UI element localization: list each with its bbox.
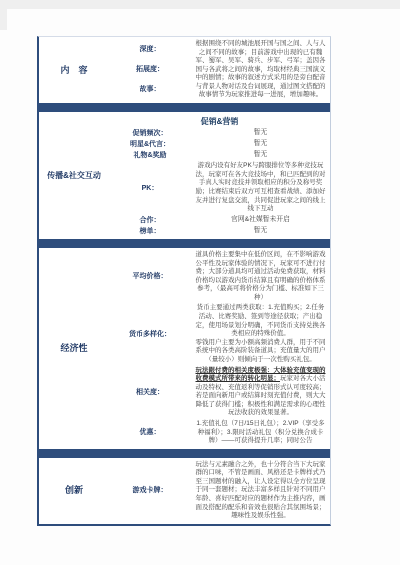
section-divider-band bbox=[39, 449, 330, 458]
category-innovation: 创新 bbox=[39, 458, 109, 524]
label-extension: 拓展度： bbox=[109, 65, 191, 74]
section-content: 内 容 深度： 拓展度： 故事： 根据围绕不同的城池展开国与国之间、人与人之间不… bbox=[39, 37, 330, 103]
category-content: 内 容 bbox=[39, 37, 109, 103]
page-left-edge bbox=[0, 0, 7, 30]
content-row: 深度： 拓展度： 故事： 根据围绕不同的城池展开国与国之间、人与人之间不同的故事… bbox=[109, 40, 330, 100]
label-cooperation: 合作： bbox=[109, 216, 191, 225]
label-depth: 深度： bbox=[109, 45, 191, 54]
label-discounts: 优惠： bbox=[109, 428, 191, 437]
section-social: 传播&社交互动 促销&营销 促销频次： 暂无 明星&代言： 暂无 礼物&奖励 暂… bbox=[39, 112, 330, 239]
label-ranking: 榜单： bbox=[109, 227, 191, 236]
value-currency-diversity: 货币主要通过两类获取：1.充值购买；2.任务活动、比赛奖励、签到等途径获取；产出… bbox=[191, 304, 330, 364]
category-social: 传播&社交互动 bbox=[39, 112, 109, 239]
section-divider-band bbox=[39, 239, 330, 248]
value-relevance: 玩法跟付费的相关度极强：大体验充值变现的收费模式所带来的转化明显；玩家对各大小活… bbox=[191, 367, 330, 418]
table-row: 榜单： 暂无 bbox=[109, 227, 330, 236]
value-pk: 游戏内设有好友PK与跨服排位等多种竞技玩法，玩家可在各大竞技场中，和已匹配到的对… bbox=[191, 162, 330, 213]
table-row: 促销频次： 暂无 bbox=[109, 129, 330, 138]
table-row: 明星&代言： 暂无 bbox=[109, 140, 330, 149]
table-row: 优惠： 1.充值礼包（7日/15日礼包）；2.VIP（享受多种福利）；3.限时活… bbox=[109, 420, 330, 446]
table-row: 货币多样化： 货币主要通过两类获取：1.充值购买；2.任务活动、比赛奖励、签到等… bbox=[109, 304, 330, 364]
table-row: 礼物&奖励 暂无 bbox=[109, 151, 330, 160]
content-text: 根据围绕不同的城池展开国与国之间、人与人之间不同的故事；目前游戏中出现的已有魏军… bbox=[191, 40, 330, 100]
table-row: 平均价格： 道具价格主要集中在低价区间，在不影响游戏公平性及玩家体验的情况下，玩… bbox=[109, 251, 330, 302]
table-row: 合作： 官网&社媒暂未开启 bbox=[109, 216, 330, 225]
label-gifts-rewards: 礼物&奖励 bbox=[109, 151, 191, 160]
page: 内 容 深度： 拓展度： 故事： 根据围绕不同的城池展开国与国之间、人与人之间不… bbox=[0, 0, 400, 565]
subheader-promotion-marketing: 促销&营销 bbox=[109, 114, 330, 128]
label-story: 故事： bbox=[109, 85, 191, 94]
table-row: 游戏卡牌： 玩法与元素融合之外，也十分符合当下大玩家群的口味，不管是画面、风格还… bbox=[109, 461, 330, 521]
value-average-price: 道具价格主要集中在低价区间，在不影响游戏公平性及玩家体验的情况下，玩家可不进行付… bbox=[191, 251, 330, 302]
section-innovation: 创新 游戏卡牌： 玩法与元素融合之外，也十分符合当下大玩家群的口味，不管是画面、… bbox=[39, 458, 330, 524]
value-discounts: 1.充值礼包（7日/15日礼包）；2.VIP（享受多种福利）；3.限时活动礼包（… bbox=[191, 420, 330, 446]
label-promo-frequency: 促销频次： bbox=[109, 129, 191, 138]
category-economy: 经济性 bbox=[39, 248, 109, 449]
analysis-table: 内 容 深度： 拓展度： 故事： 根据围绕不同的城池展开国与国之间、人与人之间不… bbox=[37, 36, 331, 526]
value-ranking: 暂无 bbox=[191, 227, 330, 236]
table-row: PK： 游戏内设有好友PK与跨服排位等多种竞技玩法，玩家可在各大竞技场中，和已匹… bbox=[109, 162, 330, 213]
value-promo-frequency: 暂无 bbox=[191, 129, 330, 138]
label-game-cards: 游戏卡牌： bbox=[109, 486, 191, 495]
label-relevance: 相关度： bbox=[109, 388, 191, 397]
value-game-cards: 玩法与元素融合之外，也十分符合当下大玩家群的口味，不管是画面、风格还是卡牌样式乃… bbox=[191, 461, 330, 521]
value-gifts-rewards: 暂无 bbox=[191, 151, 330, 160]
content-labels: 深度： 拓展度： 故事： bbox=[109, 40, 191, 100]
value-cooperation: 官网&社媒暂未开启 bbox=[191, 216, 330, 225]
label-pk: PK： bbox=[109, 184, 191, 193]
label-average-price: 平均价格： bbox=[109, 272, 191, 281]
table-row: 相关度： 玩法跟付费的相关度极强：大体验充值变现的收费模式所带来的转化明显；玩家… bbox=[109, 367, 330, 418]
label-celebrity: 明星&代言： bbox=[109, 140, 191, 149]
section-economy: 经济性 平均价格： 道具价格主要集中在低价区间，在不影响游戏公平性及玩家体验的情… bbox=[39, 248, 330, 449]
label-currency-diversity: 货币多样化： bbox=[109, 330, 191, 339]
value-celebrity: 暂无 bbox=[191, 140, 330, 149]
section-divider-band bbox=[39, 103, 330, 112]
page-top-edge bbox=[0, 0, 400, 9]
